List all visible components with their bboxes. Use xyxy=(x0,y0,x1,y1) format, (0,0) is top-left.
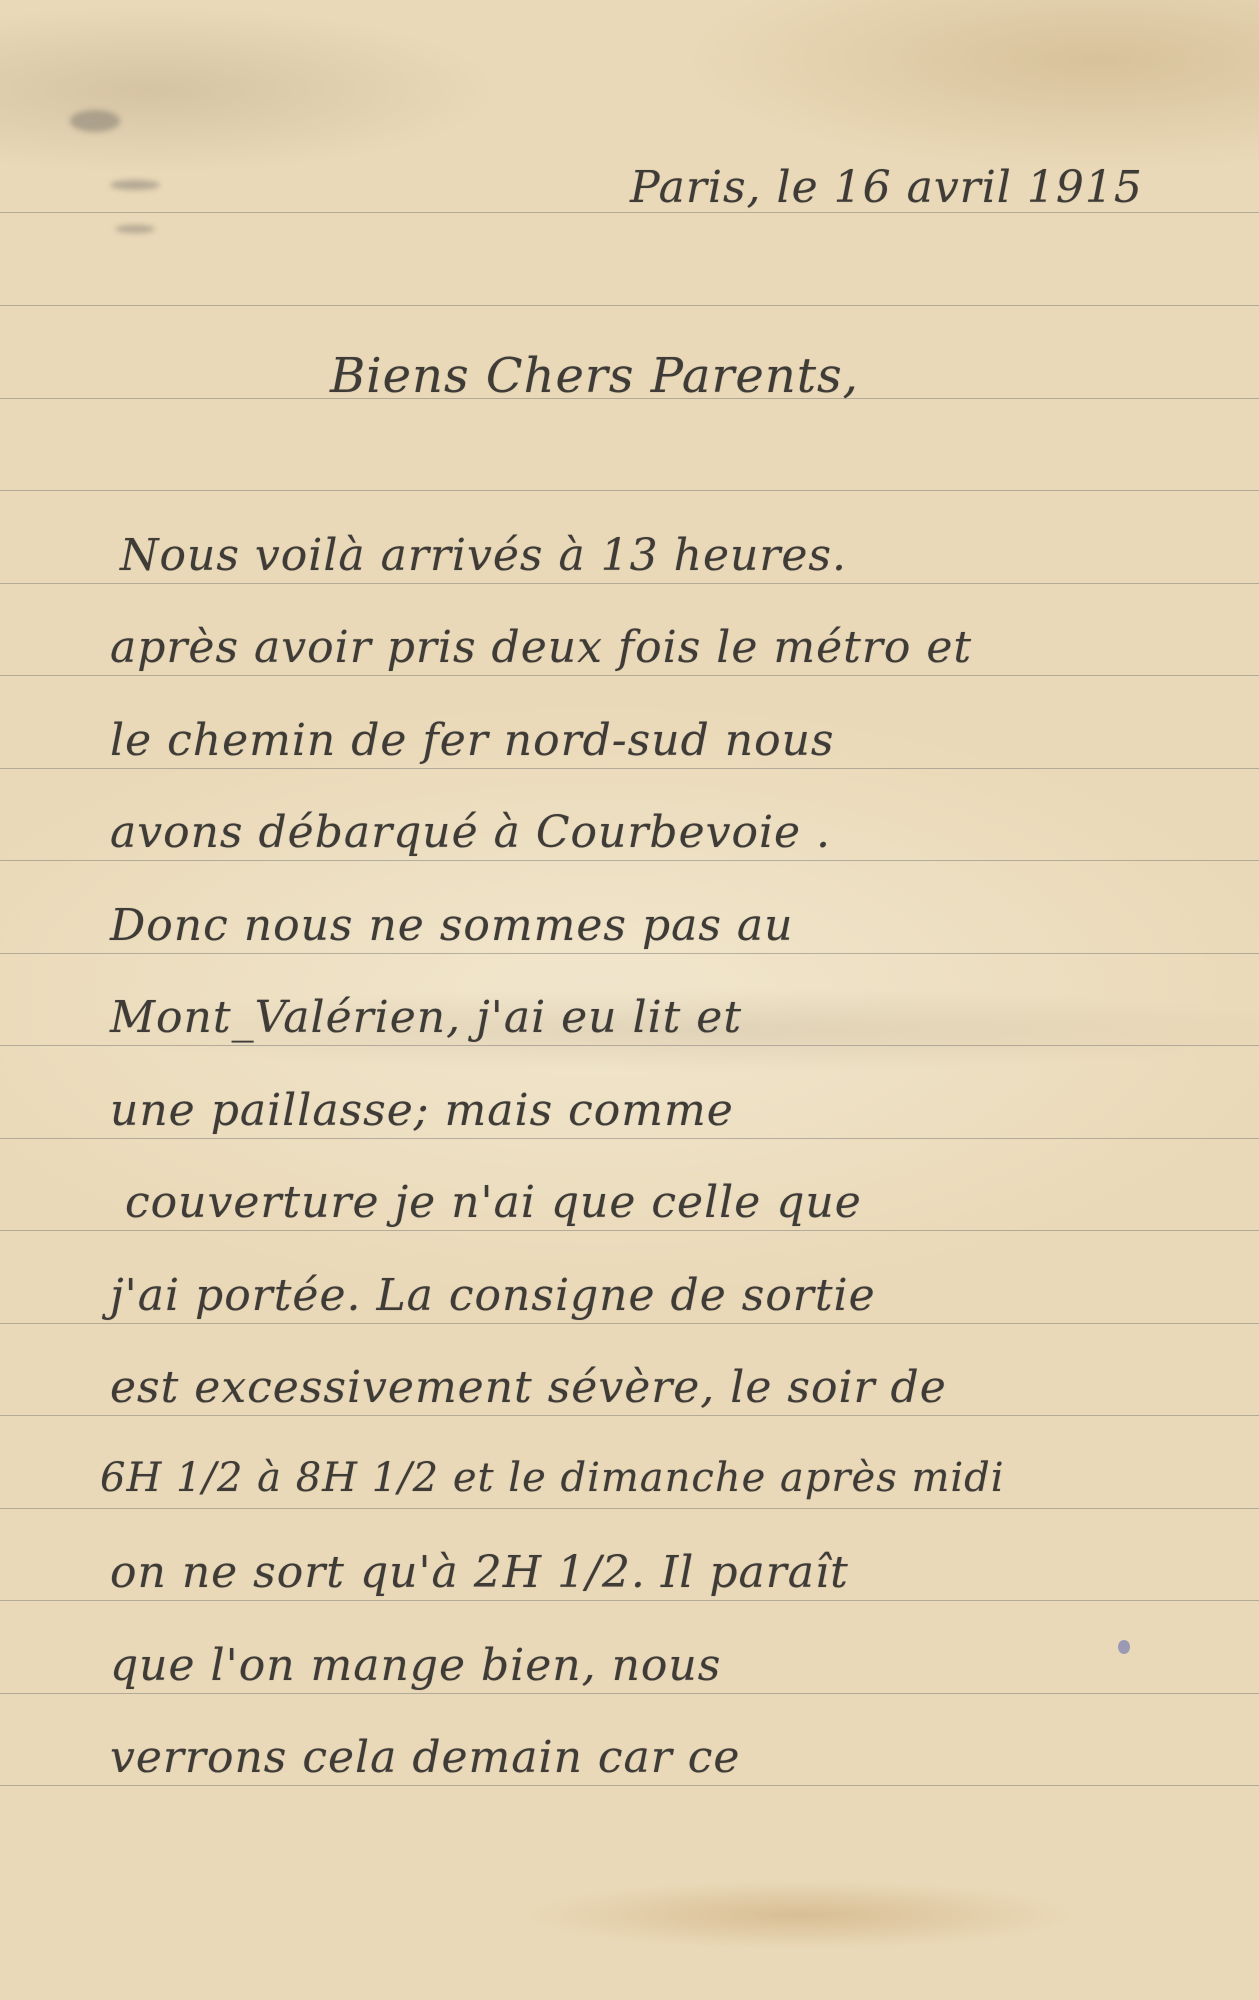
body-line: Donc nous ne sommes pas au xyxy=(110,900,794,951)
body-line: j'ai portée. La consigne de sortie xyxy=(110,1270,876,1321)
ruled-line xyxy=(0,490,1259,491)
ruled-line xyxy=(0,1693,1259,1694)
ruled-line xyxy=(0,1415,1259,1416)
body-line: une paillasse; mais comme xyxy=(110,1085,734,1136)
ruled-line xyxy=(0,768,1259,769)
date-line: Paris, le 16 avril 1915 xyxy=(630,162,1143,213)
ruled-line xyxy=(0,583,1259,584)
ruled-line xyxy=(0,860,1259,861)
body-line: verrons cela demain car ce xyxy=(110,1732,740,1783)
letter-page: Paris, le 16 avril 1915 Biens Chers Pare… xyxy=(0,0,1259,2000)
ruled-line xyxy=(0,1508,1259,1509)
ruled-line xyxy=(0,1230,1259,1231)
ruled-line xyxy=(0,305,1259,306)
body-line: Mont_Valérien, j'ai eu lit et xyxy=(110,992,742,1043)
body-line: que l'on mange bien, nous xyxy=(110,1640,721,1691)
body-line: est excessivement sévère, le soir de xyxy=(110,1362,947,1413)
ruled-line xyxy=(0,1600,1259,1601)
ink-dot xyxy=(1118,1640,1130,1654)
body-line: on ne sort qu'à 2H 1/2. Il paraît xyxy=(110,1547,849,1598)
body-line: après avoir pris deux fois le métro et xyxy=(110,622,972,673)
body-line: 6H 1/2 à 8H 1/2 et le dimanche après mid… xyxy=(100,1455,1005,1501)
ruled-line xyxy=(0,1785,1259,1786)
pencil-smudge xyxy=(115,225,155,233)
body-line: le chemin de fer nord-sud nous xyxy=(110,715,834,766)
pencil-smudge xyxy=(70,110,120,132)
body-line: Nous voilà arrivés à 13 heures. xyxy=(120,530,847,581)
pencil-smudge xyxy=(110,180,160,190)
ruled-line xyxy=(0,1138,1259,1139)
body-line: couverture je n'ai que celle que xyxy=(125,1177,862,1228)
ruled-line xyxy=(0,953,1259,954)
ruled-line xyxy=(0,1045,1259,1046)
ruled-line xyxy=(0,675,1259,676)
ruled-line xyxy=(0,1323,1259,1324)
body-line: avons débarqué à Courbevoie . xyxy=(110,807,831,858)
salutation: Biens Chers Parents, xyxy=(330,348,859,404)
